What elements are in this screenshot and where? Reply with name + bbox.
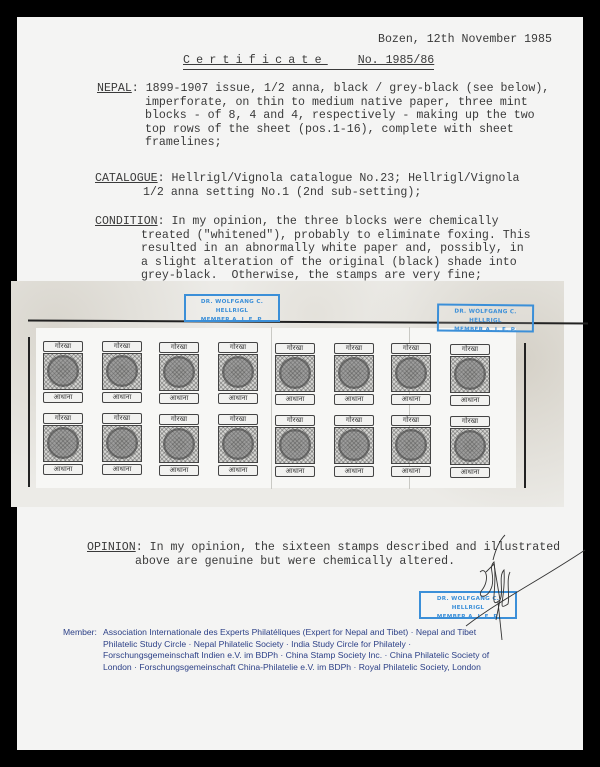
expert-handstamp: DR. WOLFGANG C. HELLRIGL MEMBER A. I. E.… <box>437 303 534 332</box>
stamp-country-text: गोरखा <box>102 413 142 424</box>
seal-icon <box>222 428 254 460</box>
catalogue-line: 1/2 anna setting No.1 (2nd sub-setting); <box>143 186 519 200</box>
stamp-value-text: आधाना <box>391 394 431 405</box>
seal-icon <box>279 357 311 389</box>
nepal-line: 1899-1907 issue, 1/2 anna, black / grey-… <box>146 82 550 95</box>
seal-icon <box>222 356 254 388</box>
stamp-value-text: आधाना <box>334 394 374 405</box>
stamp-value-text: आधाना <box>102 464 142 475</box>
handstamp-line2: MEMBER A. I. E. P. <box>439 326 532 336</box>
sheet-frameline-left <box>28 337 30 487</box>
stamp-country-text: गोरखा <box>275 415 315 426</box>
seal-icon <box>395 357 427 389</box>
opinion-label: OPINION <box>87 541 136 554</box>
stamp-seal-design <box>391 355 431 392</box>
stamp-seal-design <box>334 355 374 392</box>
stamp: गोरखाआधाना <box>42 341 84 403</box>
stamp-country-text: गोरखा <box>450 344 490 355</box>
seal-icon <box>395 429 427 461</box>
nepal-section: NEPAL: 1899-1907 issue, 1/2 anna, black … <box>97 82 549 150</box>
seal-icon <box>454 358 486 390</box>
handstamp-line2: MEMBER A. I. E. P. <box>421 613 515 622</box>
certificate-title: CertificateNo. 1985/86 <box>183 54 434 70</box>
seal-icon <box>163 356 195 388</box>
member-label: Member: <box>63 627 97 639</box>
nepal-line: framelines; <box>145 136 549 150</box>
stamp-seal-design <box>218 354 258 391</box>
stamp-country-text: गोरखा <box>159 342 199 353</box>
stamp-country-text: गोरखा <box>43 341 83 352</box>
catalogue-section: CATALOGUE: Hellrigl/Vignola catalogue No… <box>95 172 519 199</box>
stamp: गोरखाआधाना <box>158 342 200 404</box>
seal-icon <box>338 357 370 389</box>
seal-icon <box>106 427 138 459</box>
seal-icon <box>106 355 138 387</box>
stamp: गोरखाआधाना <box>449 416 491 478</box>
stamp-value-text: आधाना <box>43 392 83 403</box>
condition-line: In my opinion, the three blocks were che… <box>172 215 499 228</box>
stamp-value-text: आधाना <box>450 395 490 406</box>
stamp: गोरखाआधाना <box>333 415 375 477</box>
stamp-seal-design <box>102 353 142 390</box>
stamp-seal-design <box>159 354 199 391</box>
seal-icon <box>338 429 370 461</box>
nepal-line: blocks - of 8, 4 and 4, respectively - m… <box>145 109 549 123</box>
stamp: गोरखाआधाना <box>101 341 143 403</box>
stamp-seal-design <box>275 355 315 392</box>
stamp-value-text: आधाना <box>159 393 199 404</box>
stamp-country-text: गोरखा <box>391 415 431 426</box>
handstamp-line1: DR. WOLFGANG C. HELLRIGL <box>186 298 278 316</box>
sheet-frameline-right <box>524 343 526 488</box>
stamp-seal-design <box>275 427 315 464</box>
stamp-value-text: आधाना <box>218 465 258 476</box>
nepal-label: NEPAL <box>97 82 132 95</box>
stamp: गोरखाआधाना <box>158 414 200 476</box>
stamp-seal-design <box>43 425 83 462</box>
stamp-value-text: आधाना <box>450 467 490 478</box>
stamp-country-text: गोरखा <box>43 413 83 424</box>
stamp-value-text: आधाना <box>218 393 258 404</box>
stamp-country-text: गोरखा <box>334 343 374 354</box>
handstamp-line2: MEMBER A. I. E. P. <box>186 316 278 325</box>
stamp: गोरखाआधाना <box>390 343 432 405</box>
opinion-line: In my opinion, the sixteen stamps descri… <box>150 541 561 554</box>
seal-icon <box>163 428 195 460</box>
condition-line: treated ("whitened"), probably to elimin… <box>141 229 531 243</box>
opinion-section: OPINION: In my opinion, the sixteen stam… <box>87 541 560 568</box>
nepal-line: imperforate, on thin to medium native pa… <box>145 96 549 110</box>
stamp-value-text: आधाना <box>275 466 315 477</box>
stamp: गोरखाआधाना <box>274 343 316 405</box>
certificate-number: No. 1985/86 <box>358 54 435 67</box>
stamp-country-text: गोरखा <box>275 343 315 354</box>
stamp: गोरखाआधाना <box>101 413 143 475</box>
stamp-country-text: गोरखा <box>391 343 431 354</box>
seal-icon <box>47 427 79 459</box>
condition-line: a slight alteration of the original (bla… <box>141 256 531 270</box>
stamp-value-text: आधाना <box>43 464 83 475</box>
condition-label: CONDITION <box>95 215 158 228</box>
stamp-country-text: गोरखा <box>334 415 374 426</box>
stamp: गोरखाआधाना <box>217 414 259 476</box>
certificate-date: Bozen, 12th November 1985 <box>378 33 552 47</box>
seal-icon <box>47 355 79 387</box>
stamp-value-text: आधाना <box>159 465 199 476</box>
stamp-seal-design <box>159 426 199 463</box>
seal-icon <box>454 430 486 462</box>
stamp: गोरखाआधाना <box>217 342 259 404</box>
stamp-seal-design <box>391 427 431 464</box>
stamp-country-text: गोरखा <box>102 341 142 352</box>
stamp-seal-design <box>450 356 490 393</box>
stamp-country-text: गोरखा <box>218 414 258 425</box>
stamp-value-text: आधाना <box>102 392 142 403</box>
stamp-country-text: गोरखा <box>450 416 490 427</box>
catalogue-label: CATALOGUE <box>95 172 158 185</box>
stamp-seal-design <box>43 353 83 390</box>
stamp: गोरखाआधाना <box>333 343 375 405</box>
stamp-value-text: आधाना <box>275 394 315 405</box>
nepal-line: top rows of the sheet (pos.1-16), comple… <box>145 123 549 137</box>
expert-handstamp: DR. WOLFGANG C. HELLRIGL MEMBER A. I. E.… <box>184 294 280 322</box>
opinion-line: above are genuine but were chemically al… <box>135 555 560 569</box>
stamp-value-text: आधाना <box>334 466 374 477</box>
seal-icon <box>279 429 311 461</box>
condition-line: resulted in an abnormally white paper an… <box>141 242 531 256</box>
stamp: गोरखाआधाना <box>449 344 491 406</box>
stamp-value-text: आधाना <box>391 466 431 477</box>
expert-handstamp-signature: DR. WOLFGANG C. HELLRIGL MEMBER A. I. E.… <box>419 591 517 619</box>
condition-section: CONDITION: In my opinion, the three bloc… <box>95 215 531 283</box>
stamp: गोरखाआधाना <box>42 413 84 475</box>
stamp: गोरखाआधाना <box>390 415 432 477</box>
stamp-country-text: गोरखा <box>159 414 199 425</box>
member-text: Association Internationale des Experts P… <box>103 627 503 673</box>
catalogue-line: Hellrigl/Vignola catalogue No.23; Hellri… <box>172 172 520 185</box>
block-divider <box>271 327 272 489</box>
membership-footer: Member: Association Internationale des E… <box>63 627 503 673</box>
stamp-seal-design <box>334 427 374 464</box>
title-text: Certificate <box>183 54 328 67</box>
stamp-seal-design <box>218 426 258 463</box>
stamp: गोरखाआधाना <box>274 415 316 477</box>
stamp-country-text: गोरखा <box>218 342 258 353</box>
stamp-seal-design <box>450 428 490 465</box>
handstamp-line1: DR. WOLFGANG C. HELLRIGL <box>439 308 532 327</box>
stamp-seal-design <box>102 425 142 462</box>
handstamp-line1: DR. WOLFGANG C. HELLRIGL <box>421 595 515 613</box>
